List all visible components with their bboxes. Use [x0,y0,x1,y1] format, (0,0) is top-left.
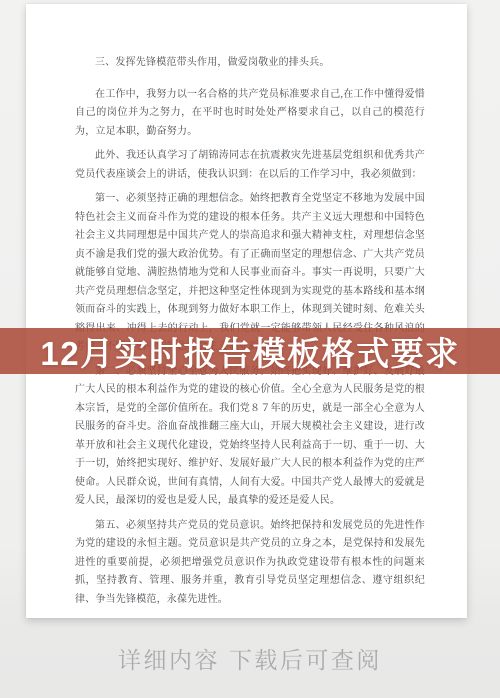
document-paragraph: 此外、我还认真学习了胡锦涛同志在抗震救灾先进基层党组织和优秀共产党员代表座谈会上… [75,147,425,184]
title-banner: 12月实时报告模板格式要求 [0,328,500,374]
document-paragraph: 第二、必须坚持全心全意为人民服务。始终把实现好、维护好、发展好最广大人民的根本利… [75,363,425,511]
preview-canvas: 三、发挥先锋模范带头作用，做爱岗敬业的排头兵。 在工作中，我努力以一名合格的共产… [0,0,500,698]
footer-band: 详细内容 下载后可查阅 [0,618,500,698]
document-body: 三、发挥先锋模范带头作用，做爱岗敬业的排头兵。 在工作中，我努力以一名合格的共产… [26,4,467,618]
document-paragraph: 第五、必须坚持共产党员的党员意识。始终把保持和发展党员的先进性作为党的建设的永恒… [75,517,425,610]
banner-title-text: 12月实时报告模板格式要求 [40,328,459,375]
footer-caption: 详细内容 下载后可查阅 [118,642,382,675]
document-paragraph: 在工作中，我努力以一名合格的共产党员标准要求自己,在工作中懂得爱惜自己的岗位并为… [75,86,425,142]
document-heading: 三、发挥先锋模范带头作用，做爱岗敬业的排头兵。 [75,54,425,73]
document-page: 三、发挥先锋模范带头作用，做爱岗敬业的排头兵。 在工作中，我努力以一名合格的共产… [26,4,467,618]
